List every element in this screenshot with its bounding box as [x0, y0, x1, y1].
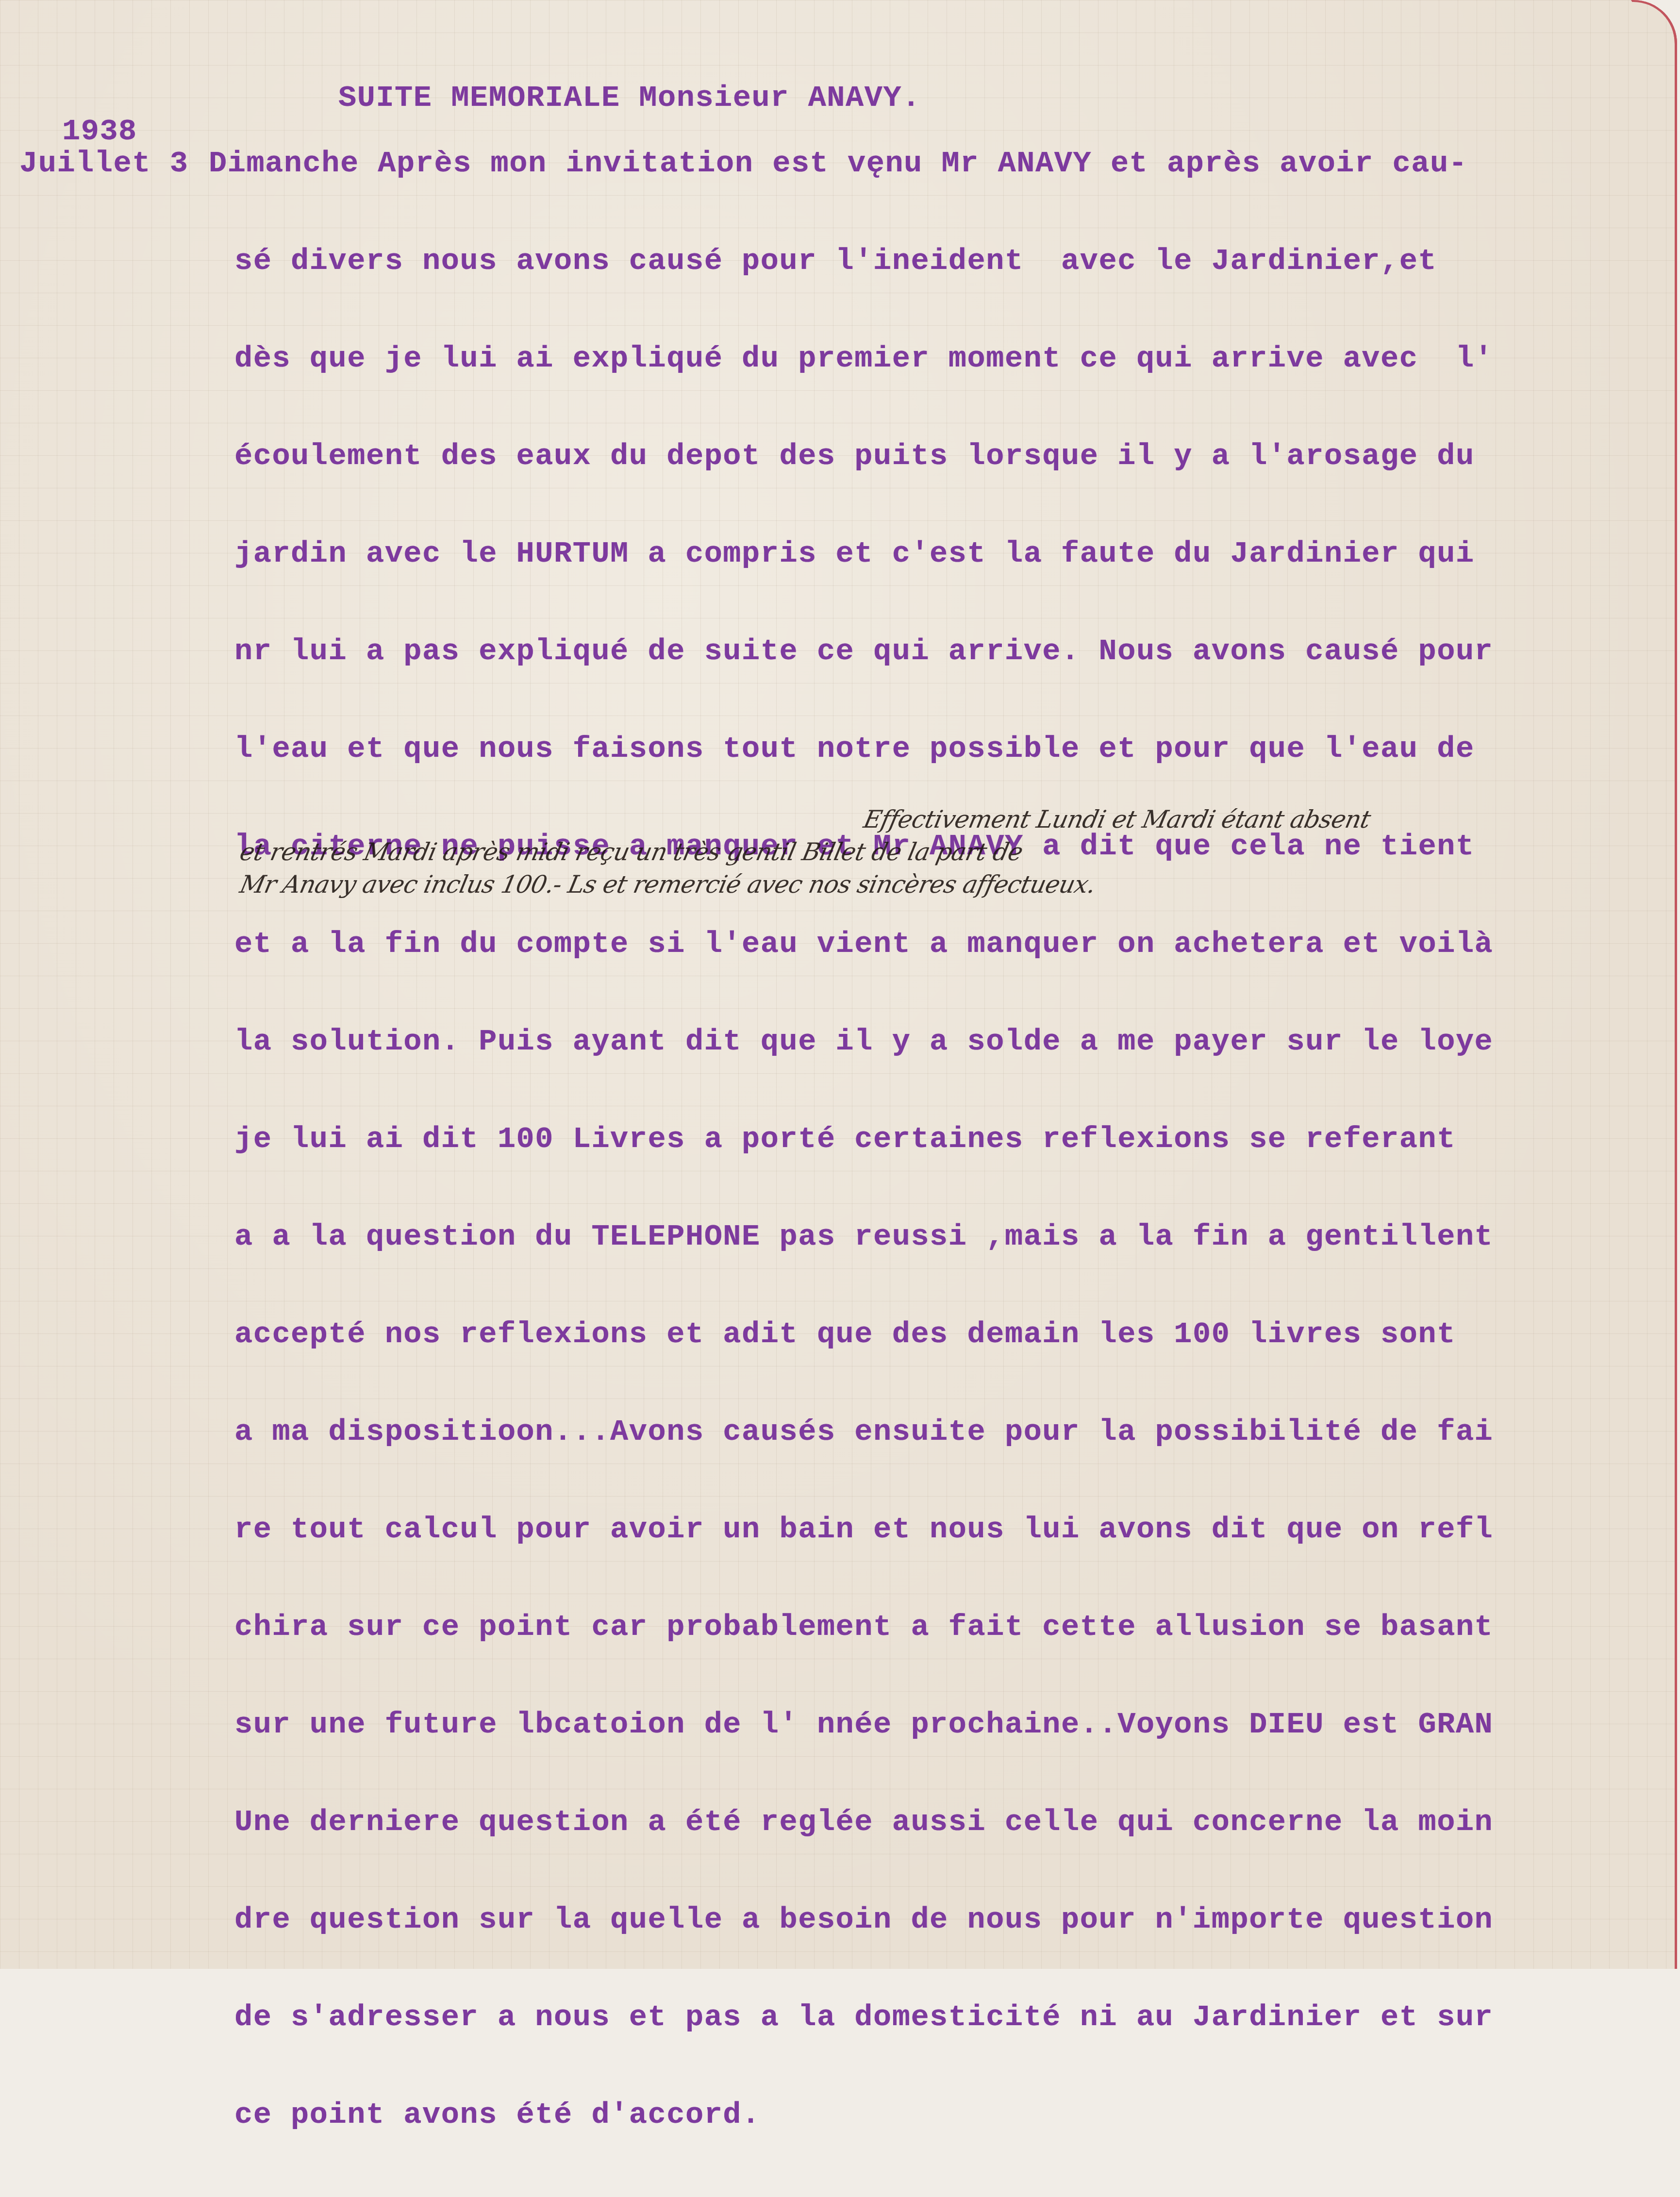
- body-line: la solution. Puis ayant dit que il y a s…: [234, 1025, 1493, 1058]
- body-line: écoulement des eaux du depot des puits l…: [234, 440, 1493, 472]
- body-line: Une derniere question a été reglée aussi…: [234, 1806, 1493, 1838]
- body-line: a a la question du TELEPHONE pas reussi …: [234, 1220, 1493, 1253]
- body-line: dès que je lui ai expliqué du premier mo…: [234, 342, 1493, 375]
- body-line: a ma dispositioon...Avons causés ensuite…: [234, 1415, 1493, 1448]
- body-line: accepté nos reflexions et adit que des d…: [234, 1318, 1493, 1350]
- document-year: 1938: [62, 115, 137, 148]
- document-title: SUITE MEMORIALE Monsieur ANAVY.: [338, 82, 921, 114]
- body-line: chira sur ce point car probablement a fa…: [234, 1611, 1493, 1643]
- scanned-document-page: SUITE MEMORIALE Monsieur ANAVY. 1938 Jui…: [0, 0, 1677, 1969]
- body-line: sur une future lbcatoion de l' nnée proc…: [234, 1708, 1493, 1741]
- body-line: nr lui a pas expliqué de suite ce qui ar…: [234, 635, 1493, 667]
- body-line: et a la fin du compte si l'eau vient a m…: [234, 928, 1493, 960]
- handwritten-note-line: et rentrés Mardi après midi reçu un très…: [237, 836, 1026, 868]
- body-line: dre question sur la quelle a besoin de n…: [234, 1903, 1493, 1936]
- entry-date: Juillet 3: [19, 147, 188, 180]
- body-line: jardin avec le HURTUM a compris et c'est…: [234, 537, 1493, 570]
- entry-body: sé divers nous avons causé pour l'ineide…: [234, 180, 1493, 1969]
- entry-first-line: Dimanche Après mon invitation est vęnu M…: [209, 147, 1467, 180]
- body-line: l'eau et que nous faisons tout notre pos…: [234, 732, 1493, 765]
- body-line: sé divers nous avons causé pour l'ineide…: [234, 245, 1493, 277]
- body-line: je lui ai dit 100 Livres a porté certain…: [234, 1123, 1493, 1155]
- handwritten-note-line: Effectivement Lundi et Mardi étant absen…: [861, 803, 1373, 836]
- body-line: re tout calcul pour avoir un bain et nou…: [234, 1513, 1493, 1546]
- handwritten-note-line: Mr Anavy avec inclus 100.- Ls et remerci…: [237, 868, 1098, 901]
